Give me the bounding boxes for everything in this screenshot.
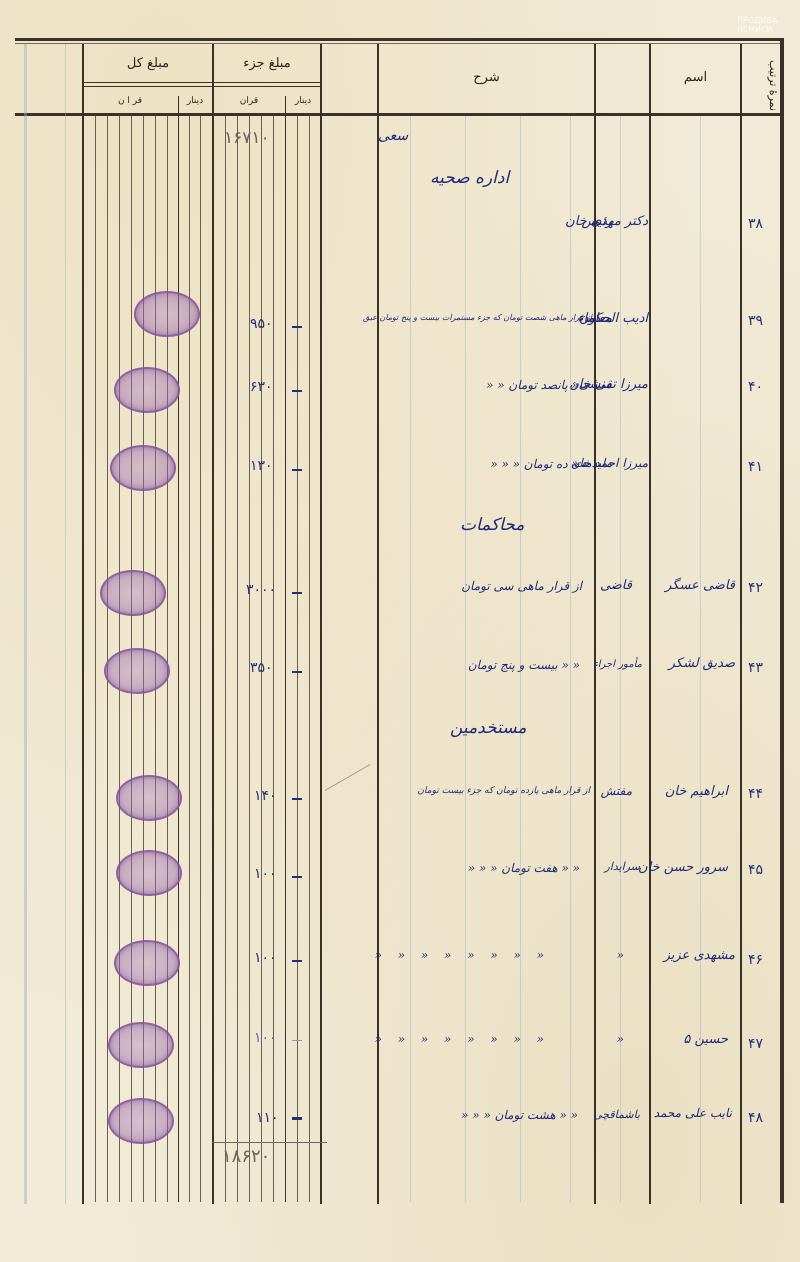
- amount-dash: [292, 960, 302, 962]
- ruling: [95, 116, 96, 1202]
- row-description: « « هفت تومان « « «: [468, 861, 580, 875]
- row-number: ۴۳: [748, 660, 763, 676]
- row-name: سرور حسن خان: [638, 860, 728, 875]
- row-number: ۳۸: [748, 216, 763, 232]
- row-description: « « پانصد تومان « «: [486, 378, 590, 392]
- top-border: [15, 38, 783, 41]
- row-amount: ۳۰۰۰: [246, 582, 276, 598]
- ruling: [309, 116, 310, 1202]
- row-amount: ۶۳۰: [250, 379, 273, 395]
- row-name: صدیق لشکر: [669, 656, 735, 671]
- seal-stamp: [116, 775, 182, 821]
- row-name: قاضی عسگر: [665, 578, 735, 593]
- col-line-name-left: [649, 44, 651, 1204]
- row-number: ۴۵: [748, 862, 763, 878]
- row-amount: ۳۵۰: [250, 660, 273, 676]
- row-description: از قرار ماهی یازده تومان که جزء بیست توم…: [417, 786, 590, 796]
- row-amount: ۹۵۰: [250, 316, 273, 332]
- amount-dash: [292, 798, 302, 800]
- col-line-name-right: [740, 44, 742, 1204]
- row-name: مشهدی عزیز: [664, 948, 735, 963]
- row-name: ابراهیم خان: [665, 784, 728, 799]
- seal-stamp: [114, 940, 180, 986]
- row-amount: ۱۰۰: [254, 1030, 277, 1046]
- ruling: [178, 96, 179, 1202]
- row-role: قاضی: [600, 578, 632, 593]
- seal-stamp: [116, 850, 182, 896]
- header-name: اسم: [651, 70, 740, 85]
- row-number: ۴۱: [748, 459, 763, 475]
- amount-dash: [292, 390, 302, 392]
- col-line-total-partial: [212, 44, 214, 1204]
- row-number: ۳۹: [748, 313, 763, 329]
- row-description: از قرار ماهی سی تومان: [461, 579, 582, 593]
- right-border: [780, 38, 784, 1203]
- row-number: ۴۴: [748, 786, 763, 802]
- amount-dash: [292, 469, 302, 471]
- margin-rule: [65, 44, 66, 1204]
- seal-stamp: [114, 367, 180, 413]
- amount-dash: [292, 326, 302, 328]
- total-rule: [212, 1142, 327, 1143]
- amount-dash: [292, 671, 302, 673]
- row-amount: ۱۰۰: [254, 950, 277, 966]
- row-description: « « بیست و پنج تومان: [468, 658, 580, 672]
- row-description: « « هشت تومان « « «: [461, 1108, 578, 1122]
- row-name: حسین ۵: [683, 1032, 728, 1047]
- row-description: از قرار ماهی شصت تومان که جزء مستمرات بی…: [363, 313, 592, 322]
- col-line-partial-right: [320, 44, 322, 1204]
- col-line-total-left: [82, 44, 84, 1204]
- row-name: نایب علی محمد: [654, 1106, 732, 1120]
- seal-stamp: [108, 1022, 174, 1068]
- seal-stamp: [100, 570, 166, 616]
- row-number: ۴۰: [748, 379, 763, 395]
- header-total-dinar: دینار: [178, 96, 212, 106]
- page-total: ۱۸۶۲۰: [222, 1146, 270, 1167]
- ruling: [249, 116, 250, 1202]
- amount-dash: [292, 592, 302, 594]
- section-title-employees: مستخدمین: [450, 718, 526, 738]
- seal-stamp: [108, 1098, 174, 1144]
- row-number: ۴۸: [748, 1110, 763, 1126]
- amount-subheader-rule: [84, 86, 320, 87]
- ruling: [237, 116, 238, 1202]
- carried-forward-mark: سعی: [378, 128, 408, 144]
- header-partial-amount: مبلغ جزء: [214, 56, 320, 71]
- row-description: « « « « « « « «: [375, 1032, 550, 1046]
- ruling: [189, 116, 190, 1202]
- seal-stamp: [104, 648, 170, 694]
- row-role: «: [617, 948, 624, 962]
- section-title-health: اداره صحیه: [430, 168, 509, 188]
- row-role: سرایدار: [604, 860, 640, 873]
- ruling: [285, 96, 286, 1202]
- amount-dash: [292, 1117, 302, 1120]
- row-description: « « « « « « « «: [375, 948, 550, 962]
- row-role: مفتش: [601, 784, 632, 798]
- header-description: شرح: [379, 70, 594, 85]
- seal-stamp: [134, 291, 200, 337]
- row-amount: ۱۴۰: [254, 788, 277, 804]
- header-total-amount: مبلغ کل: [84, 56, 212, 71]
- row-amount: ۱۱۰: [256, 1110, 279, 1126]
- row-amount: ۱۰۰: [254, 866, 277, 882]
- ruling: [200, 116, 201, 1202]
- header-total-qeran: قر ا ن: [90, 96, 170, 106]
- amount-dash: [292, 876, 302, 878]
- margin-rule: [24, 44, 27, 1204]
- row-number: ۴۷: [748, 1036, 763, 1052]
- seal-stamp: [110, 445, 176, 491]
- row-amount: ۱۳۰: [250, 458, 273, 474]
- row-role: مأمور اجراء: [593, 659, 642, 670]
- row-description: « « ده تومان « « «: [490, 457, 590, 471]
- header-partial-qeran: قران: [214, 96, 284, 106]
- row-role: رئیس: [582, 214, 612, 229]
- row-role: «: [617, 1032, 624, 1046]
- col-line-desc-left: [377, 44, 379, 1204]
- header-row-number: نمرهٔ ترتیب: [742, 56, 780, 116]
- section-title-courts: محاکمات: [460, 515, 524, 535]
- top-border-inner: [15, 43, 783, 44]
- pencil-check-mark: [325, 764, 371, 791]
- row-role: باشماقچی: [593, 1108, 640, 1121]
- row-number: ۴۲: [748, 580, 763, 596]
- amount-dash: [292, 1040, 302, 1041]
- carried-forward-amount: ۱۶۷۱۰: [224, 128, 270, 148]
- archive-watermark: ПРОДИВА НЕМИСИ: [737, 16, 800, 34]
- row-number: ۴۶: [748, 952, 763, 968]
- header-partial-dinar: دینار: [286, 96, 320, 106]
- amount-subheader-rule: [84, 82, 320, 83]
- ruling: [225, 116, 226, 1202]
